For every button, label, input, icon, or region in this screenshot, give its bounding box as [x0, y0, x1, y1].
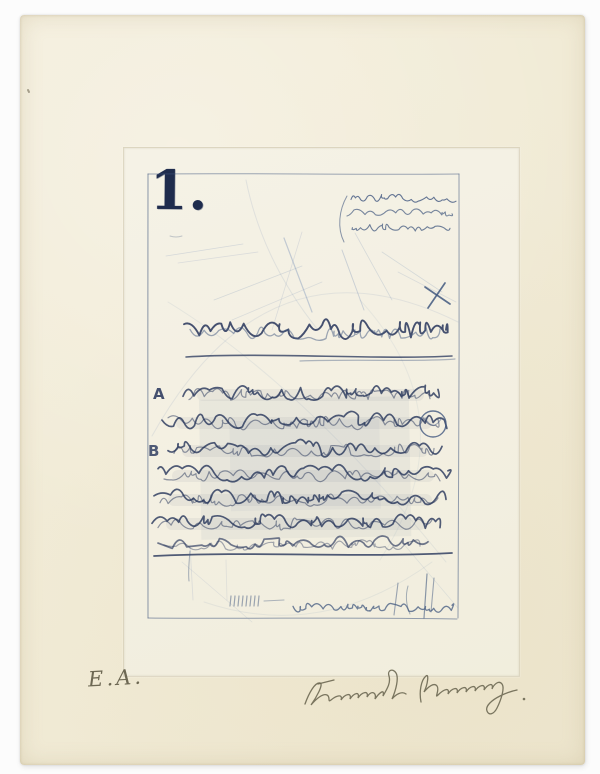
block-marker-a: A: [153, 385, 165, 403]
block-marker-b: B: [148, 442, 159, 460]
etched-scrawl-drawing: A B: [0, 0, 600, 774]
artist-signature: [305, 670, 525, 714]
edition-inscription: E.A.: [87, 665, 144, 692]
scanned-print-photo: 1. A B E.A.: [0, 0, 600, 774]
